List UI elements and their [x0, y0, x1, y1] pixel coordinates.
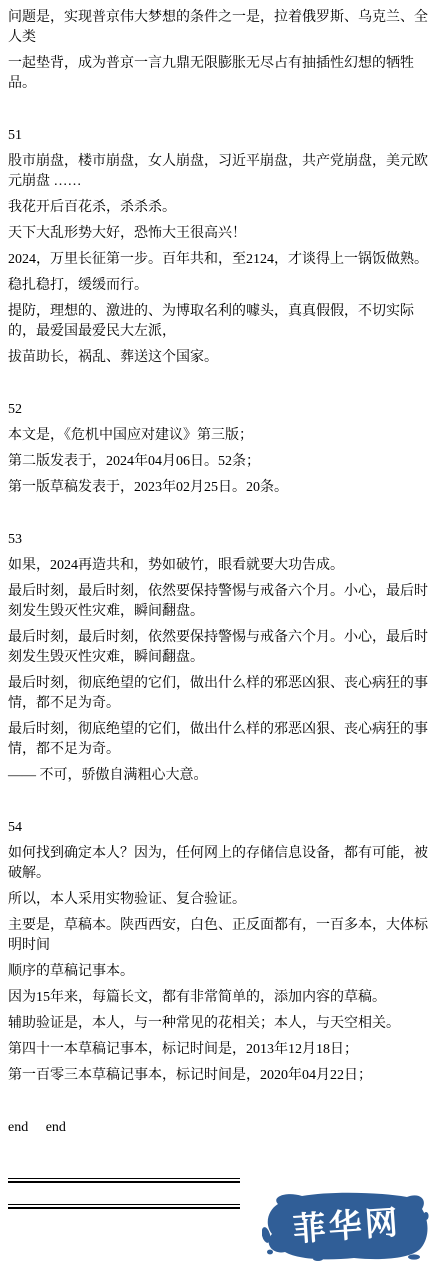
paragraph: 所以，本人采用实物验证、复合验证。	[8, 890, 430, 910]
spacer	[8, 504, 430, 524]
section-number: 52	[8, 400, 430, 420]
paragraph: 最后时刻，最后时刻，依然要保持警惕与戒备六个月。小心，最后时刻发生毁灭性灾难，瞬…	[8, 582, 430, 622]
paragraph: 股市崩盘，楼市崩盘，女人崩盘，习近平崩盘，共产党崩盘，美元欧元崩盘 ……	[8, 152, 430, 192]
paragraph: 如果，2024再造共和，势如破竹，眼看就要大功告成。	[8, 556, 430, 576]
paragraph: —— 不可，骄傲自满粗心大意。	[8, 766, 430, 786]
spacer	[8, 1144, 430, 1164]
divider	[8, 1170, 430, 1190]
paragraph: 我花开后百花杀，杀杀杀。	[8, 198, 430, 218]
section-number: 54	[8, 818, 430, 838]
paragraph: 稳扎稳打，缓缓而行。	[8, 276, 430, 296]
end-marker: end end	[8, 1118, 430, 1138]
paragraph: 拔苗助长，祸乱、葬送这个国家。	[8, 348, 430, 368]
divider-line	[8, 1204, 240, 1209]
page: { "page": { "background_color": "#ffffff…	[0, 0, 438, 1273]
paragraph: 辅助验证是，本人，与一种常见的花相关；本人，与天空相关。	[8, 1014, 430, 1034]
paragraph: 第二版发表于，2024年04月06日。52条；	[8, 452, 430, 472]
paragraph: 一起垫背，成为普京一言九鼎无限膨胀无尽占有抽插性幻想的牺牲品。	[8, 54, 430, 94]
paragraph: 因为15年来，每篇长文，都有非常简单的，添加内容的草稿。	[8, 988, 430, 1008]
paragraph: 如何找到确定本人？因为，任何网上的存储信息设备，都有可能，被破解。	[8, 844, 430, 884]
paragraph: 最后时刻，彻底绝望的它们，做出什么样的邪恶凶狠、丧心病狂的事情，都不足为奇。	[8, 674, 430, 714]
paragraph: 第一百零三本草稿记事本，标记时间是，2020年04月22日；	[8, 1066, 430, 1086]
divider-line	[8, 1178, 240, 1183]
paragraph: 问题是，实现普京伟大梦想的条件之一是，拉着俄罗斯、乌克兰、全人类	[8, 8, 430, 48]
document-body: 问题是，实现普京伟大梦想的条件之一是，拉着俄罗斯、乌克兰、全人类一起垫背，成为普…	[0, 0, 438, 1216]
section-number: 53	[8, 530, 430, 550]
paragraph: 第一版草稿发表于，2023年02月25日。20条。	[8, 478, 430, 498]
paragraph: 天下大乱形势大好，恐怖大王很高兴！	[8, 224, 430, 244]
paragraph: 提防，理想的、激进的、为博取名利的噱头，真真假假，不切实际的，最爱国最爱民大左派…	[8, 302, 430, 342]
watermark-label: 菲华网	[292, 1204, 402, 1248]
paragraph: 顺序的草稿记事本。	[8, 962, 430, 982]
paragraph: 本文是，《危机中国应对建议》第三版；	[8, 426, 430, 446]
feihuawang-stamp-icon: 菲华网	[262, 1190, 430, 1262]
section-number: 51	[8, 126, 430, 146]
paragraph: 最后时刻，最后时刻，依然要保持警惕与戒备六个月。小心，最后时刻发生毁灭性灾难，瞬…	[8, 628, 430, 668]
paragraph: 第四十一本草稿记事本，标记时间是，2013年12月18日；	[8, 1040, 430, 1060]
paragraph: 2024，万里长征第一步。百年共和，至2124，才谈得上一锅饭做熟。	[8, 250, 430, 270]
watermark-stamp: 菲华网	[262, 1190, 430, 1262]
spacer	[8, 374, 430, 394]
spacer	[8, 1092, 430, 1112]
paragraph: 最后时刻，彻底绝望的它们，做出什么样的邪恶凶狠、丧心病狂的事情，都不足为奇。	[8, 720, 430, 760]
paragraph: 主要是，草稿本。陕西西安，白色、正反面都有，一百多本，大体标明时间	[8, 916, 430, 956]
spacer	[8, 792, 430, 812]
spacer	[8, 100, 430, 120]
